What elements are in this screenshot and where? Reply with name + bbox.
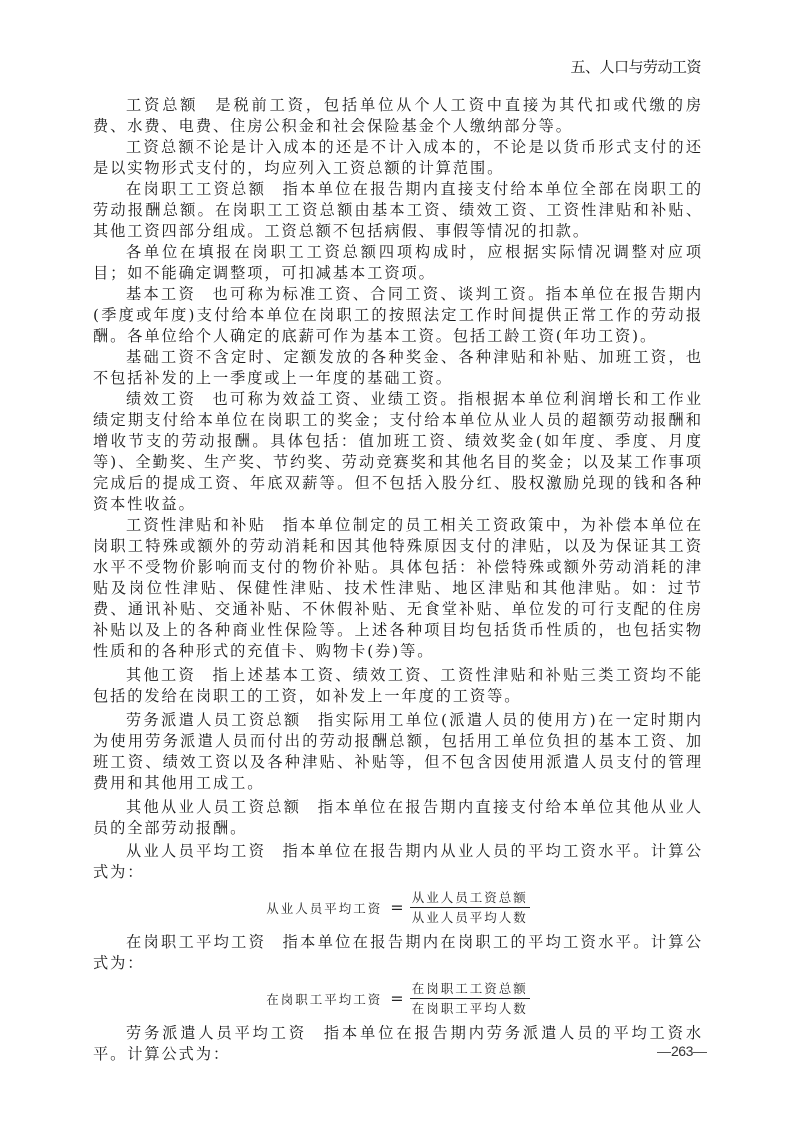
- paragraph-text: 各单位在填报在岗职工工资总额四项构成时，应根据实际情况调整对应项目；如不能确定调…: [93, 243, 703, 282]
- running-head-title: 五、人口与劳动工资: [570, 56, 701, 77]
- term-label: 工资总额: [126, 96, 198, 114]
- paragraph-basic-wage: 基本工资也可称为标准工资、合同工资、谈判工资。指本单位在报告期内(季度或年度)支…: [93, 284, 703, 347]
- paragraph-onpost-total-wages: 在岗职工工资总额指本单位在报告期内直接支付给本单位全部在岗职工的劳动报酬总额。在…: [93, 179, 703, 242]
- term-label: 绩效工资: [126, 390, 196, 408]
- equals-sign: =: [390, 898, 405, 917]
- formula-onpost-average-wage: 在岗职工平均工资 = 在岗职工工资总额 在岗职工平均人数: [93, 980, 703, 1017]
- term-label: 劳务派遣人员工资总额: [126, 711, 302, 729]
- fraction-numerator: 从业人员工资总额: [410, 889, 530, 908]
- paragraph-other-employees-total-wages: 其他从业人员工资总额指本单位在报告期内直接支付给本单位其他从业人员的全部劳动报酬…: [93, 797, 703, 839]
- paragraph-allowances: 工资性津贴和补贴指本单位制定的员工相关工资政策中，为补偿本单位在岗职工特殊或额外…: [93, 515, 703, 662]
- paragraph-text: 指本单位制定的员工相关工资政策中，为补偿本单位在岗职工特殊或额外的劳动消耗和因其…: [93, 516, 703, 660]
- paragraph-text: 也可称为效益工资、业绩工资。指根据本单位利润增长和工作业绩定期支付给本单位在岗职…: [93, 390, 703, 513]
- term-label: 从业人员平均工资: [126, 842, 266, 860]
- paragraph-onpost-average-wage: 在岗职工平均工资指本单位在报告期内在岗职工的平均工资水平。计算公式为：: [93, 932, 703, 974]
- fraction-denominator: 在岗职工平均人数: [410, 999, 530, 1017]
- fraction-denominator: 从业人员平均人数: [410, 908, 530, 926]
- fraction-numerator: 在岗职工工资总额: [410, 980, 530, 999]
- paragraph-onpost-fill-note: 各单位在填报在岗职工工资总额四项构成时，应根据实际情况调整对应项目；如不能确定调…: [93, 242, 703, 284]
- paragraph-other-wages: 其他工资指上述基本工资、绩效工资、工资性津贴和补贴三类工资均不能包括的发给在岗职…: [93, 665, 703, 707]
- page-number: 263: [657, 1043, 707, 1059]
- paragraph-text: 基础工资不含定时、定额发放的各种奖金、各种津贴和补贴、加班工资，也不包括补发的上…: [93, 348, 703, 387]
- document-body: 工资总额是税前工资，包括单位从个人工资中直接为其代扣或代缴的房费、水费、电费、住…: [93, 95, 703, 1065]
- fraction: 在岗职工工资总额 在岗职工平均人数: [410, 980, 530, 1017]
- term-label: 在岗职工平均工资: [126, 933, 266, 951]
- term-label: 基本工资: [126, 285, 196, 303]
- term-label: 工资性津贴和补贴: [126, 516, 266, 534]
- equals-sign: =: [390, 989, 405, 1008]
- paragraph-dispatched-total-wages: 劳务派遣人员工资总额指实际用工单位(派遣人员的使用方)在一定时期内为使用劳务派遣…: [93, 710, 703, 794]
- formula-employee-average-wage: 从业人员平均工资 = 从业人员工资总额 从业人员平均人数: [93, 889, 703, 926]
- paragraph-total-wages-scope: 工资总额不论是计入成本的还是不计入成本的，不论是以货币形式支付的还是以实物形式支…: [93, 137, 703, 179]
- term-label: 其他从业人员工资总额: [126, 798, 301, 816]
- term-label: 劳务派遣人员平均工资: [126, 1024, 307, 1042]
- paragraph-dispatched-average-wage: 劳务派遣人员平均工资指本单位在报告期内劳务派遣人员的平均工资水平。计算公式为：: [93, 1023, 703, 1065]
- term-label: 在岗职工工资总额: [126, 180, 266, 198]
- paragraph-performance-wage: 绩效工资也可称为效益工资、业绩工资。指根据本单位利润增长和工作业绩定期支付给本单…: [93, 389, 703, 515]
- paragraph-text: 工资总额不论是计入成本的还是不计入成本的，不论是以货币形式支付的还是以实物形式支…: [93, 138, 703, 177]
- paragraph-employee-average-wage: 从业人员平均工资指本单位在报告期内从业人员的平均工资水平。计算公式为：: [93, 841, 703, 883]
- paragraph-total-wages: 工资总额是税前工资，包括单位从个人工资中直接为其代扣或代缴的房费、水费、电费、住…: [93, 95, 703, 137]
- page-number-dash-left: [657, 1052, 671, 1053]
- page-number-value: 263: [671, 1043, 693, 1059]
- paragraph-basic-wage-exclusion: 基础工资不含定时、定额发放的各种奖金、各种津贴和补贴、加班工资，也不包括补发的上…: [93, 347, 703, 389]
- formula-lhs: 在岗职工平均工资: [266, 990, 382, 1008]
- formula-lhs: 从业人员平均工资: [266, 899, 382, 917]
- term-label: 其他工资: [126, 666, 196, 684]
- fraction: 从业人员工资总额 从业人员平均人数: [410, 889, 530, 926]
- page-number-dash-right: [693, 1052, 707, 1053]
